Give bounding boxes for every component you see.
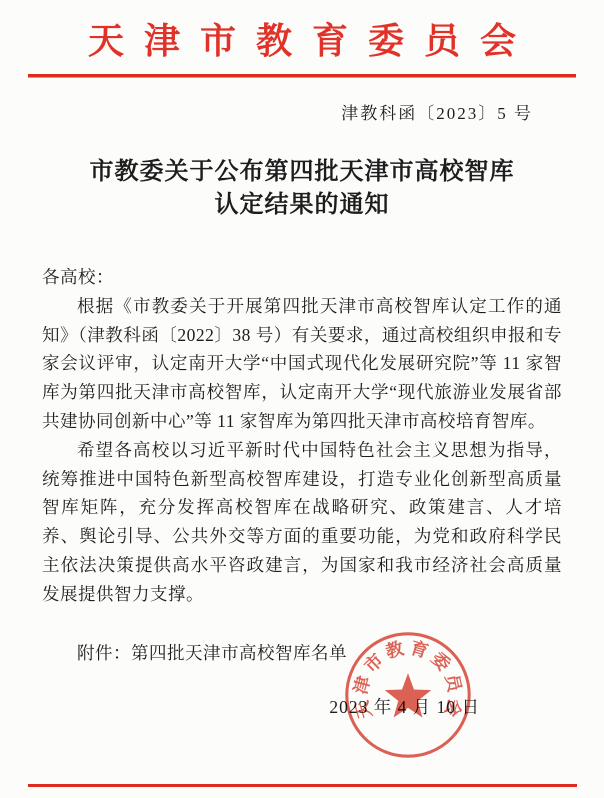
body-paragraph-1: 根据《市教委关于开展第四批天津市高校智库认定工作的通知》（津教科函〔2022〕3… xyxy=(42,292,562,436)
salutation: 各高校： xyxy=(42,263,562,292)
footer-red-rule xyxy=(28,784,577,787)
agency-header-title: 天津市教育委员会 xyxy=(42,18,562,64)
notice-title: 市教委关于公布第四批天津市高校智库 认定结果的通知 xyxy=(42,156,562,222)
star-icon xyxy=(385,673,432,717)
body-paragraph-2: 希望各高校以习近平新时代中国特色社会主义思想为指导，统筹推进中国特色新型高校智库… xyxy=(42,436,562,609)
notice-title-line1: 市教委关于公布第四批天津市高校智库 xyxy=(42,156,562,189)
document-number: 津教科函〔2023〕5 号 xyxy=(42,104,562,124)
official-seal: 天津市教育委员会 xyxy=(340,627,476,763)
attachment-line: 附件：第四批天津市高校智库名单 xyxy=(42,639,562,668)
notice-title-line2: 认定结果的通知 xyxy=(42,189,562,222)
header-red-rule xyxy=(28,74,576,78)
document-page: 天津市教育委员会 津教科函〔2023〕5 号 市教委关于公布第四批天津市高校智库… xyxy=(0,0,604,798)
issue-date: 2023 年 4 月 10 日 xyxy=(42,693,562,722)
notice-body: 各高校： 根据《市教委关于开展第四批天津市高校智库认定工作的通知》（津教科函〔2… xyxy=(42,263,562,722)
